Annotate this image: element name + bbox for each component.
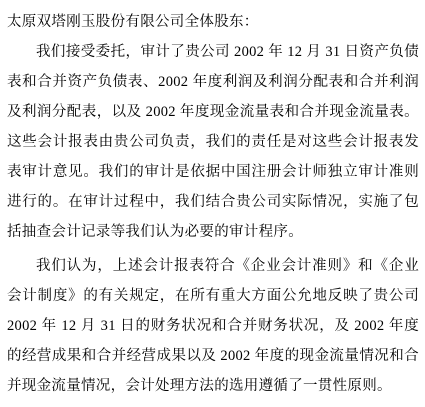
audit-opinion-paragraph: 我们认为，上述会计报表符合《企业会计准则》和《企业会计制度》的有关规定，在所有重…	[7, 251, 419, 401]
audit-report-document: 太原双塔刚玉股份有限公司全体股东： 我们接受委托，审计了贵公司 2002 年 1…	[0, 0, 425, 407]
audit-scope-paragraph: 我们接受委托，审计了贵公司 2002 年 12 月 31 日资产负债表和合并资产…	[7, 37, 419, 247]
salutation-line: 太原双塔刚玉股份有限公司全体股东：	[7, 7, 419, 37]
